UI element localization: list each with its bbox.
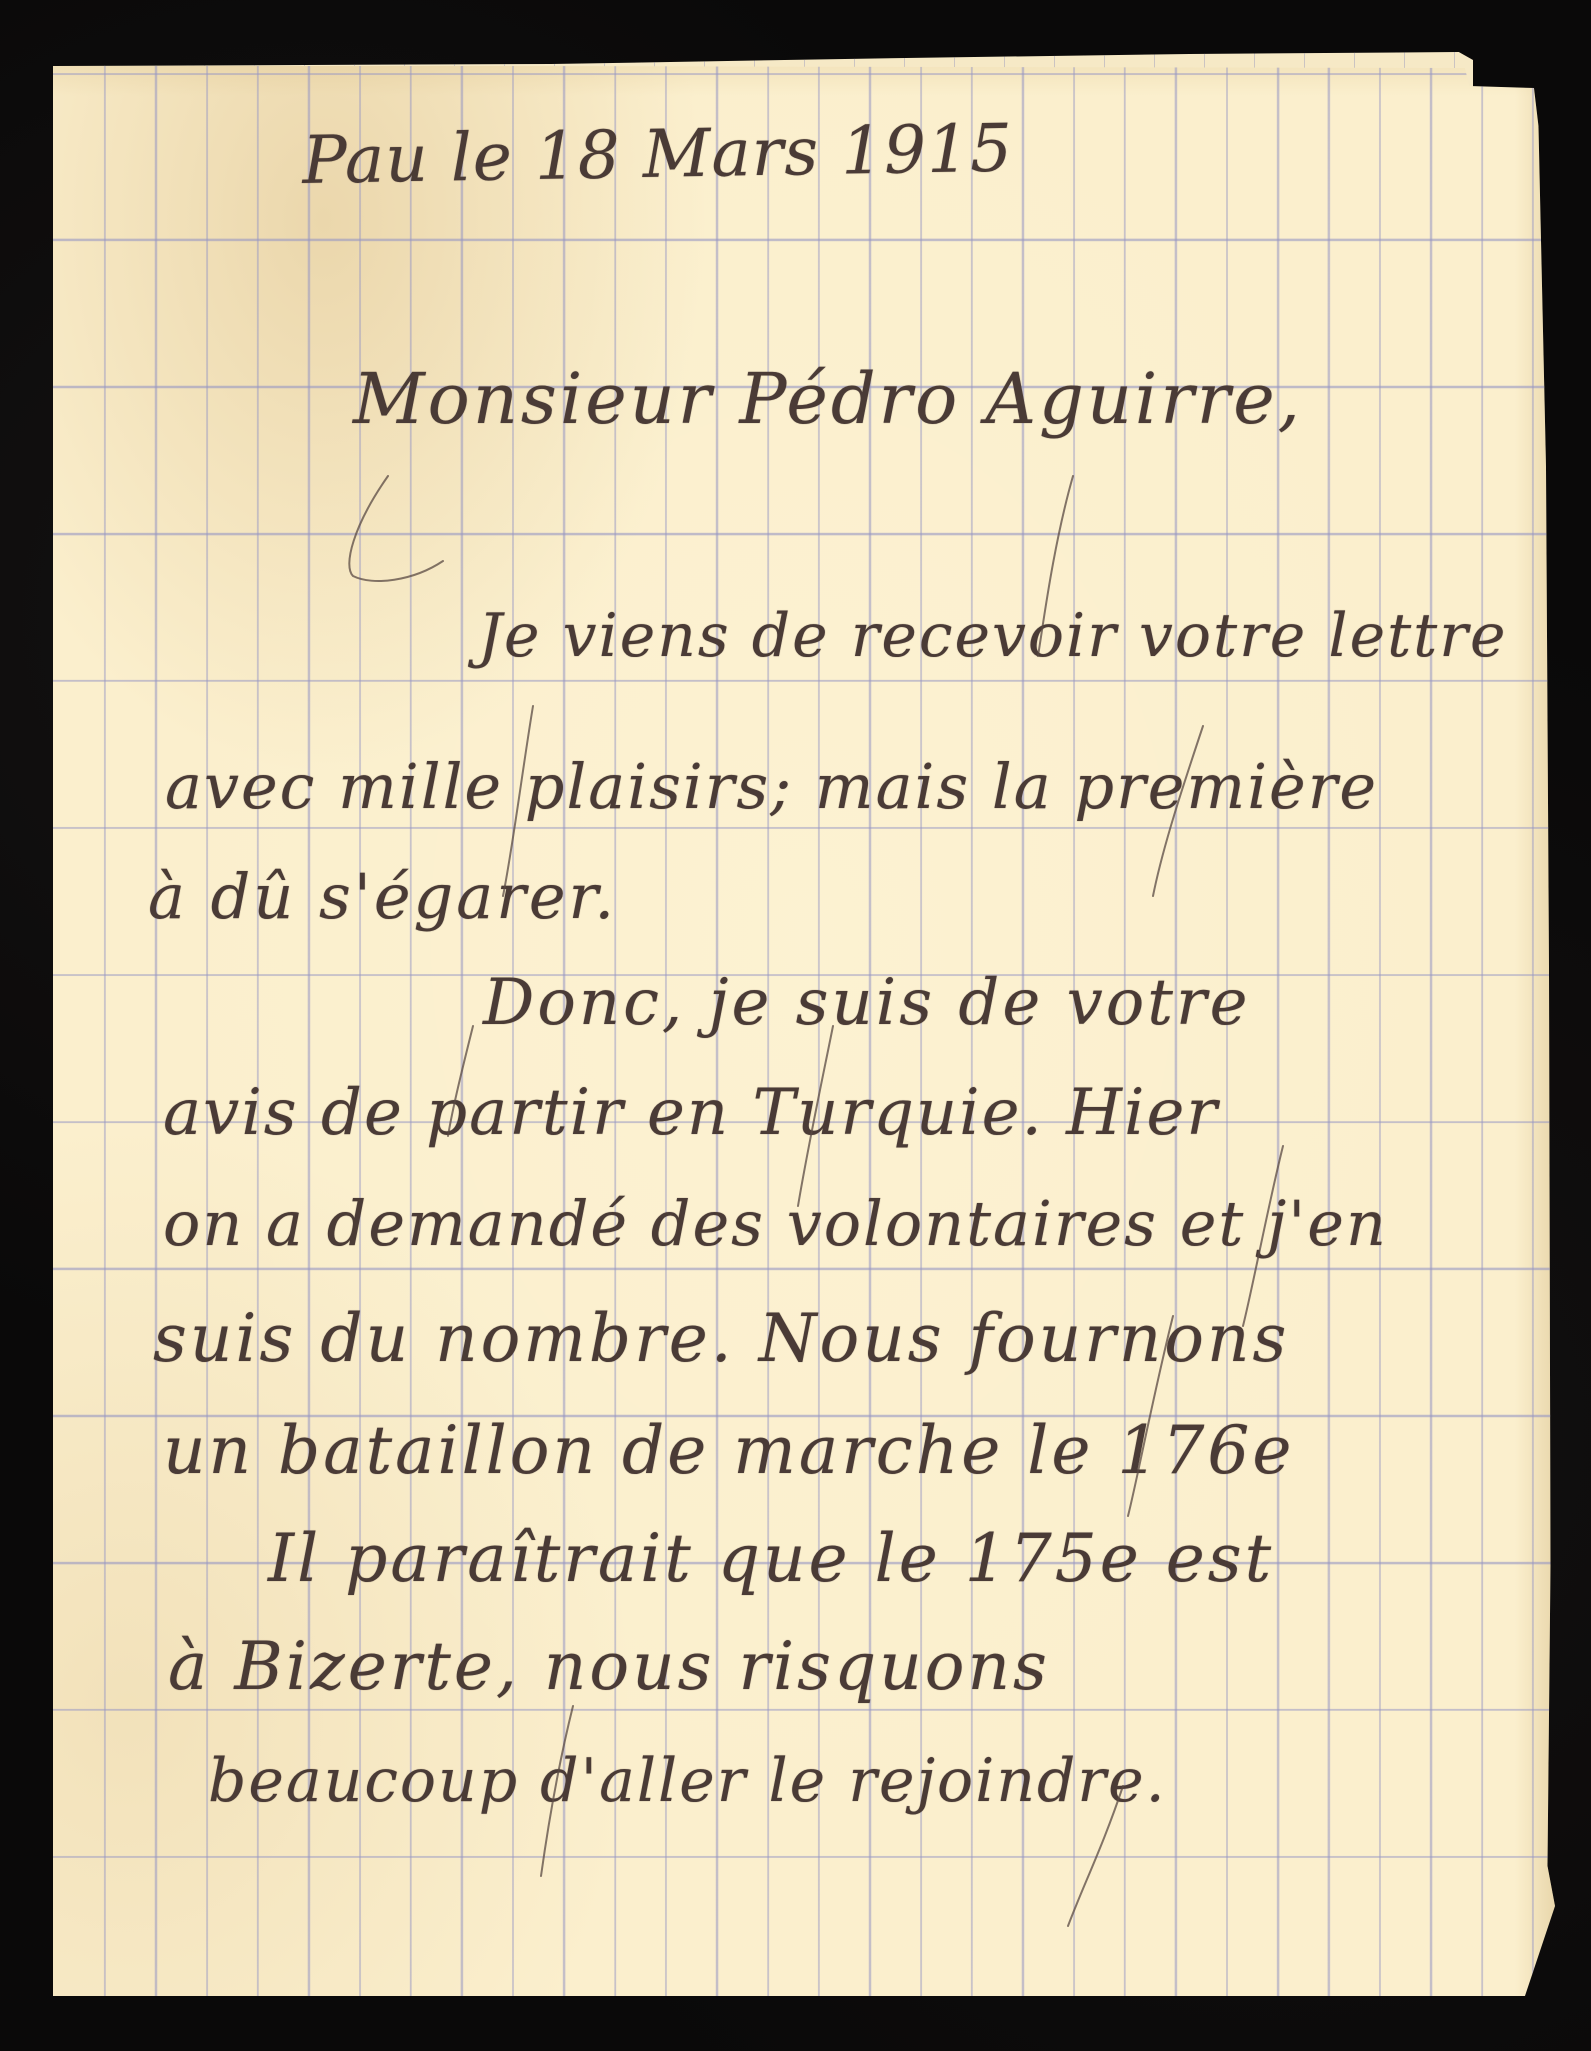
- letter-line-11: beaucoup d'aller le rejoindre.: [208, 1751, 1167, 1811]
- letter-line-10: à Bizerte, nous risquons: [168, 1634, 1050, 1700]
- letter-line-8: un bataillon de marche le 176e: [163, 1418, 1294, 1484]
- letter-line-9: Il paraîtrait que le 175e est: [268, 1526, 1274, 1592]
- letter-line-7: suis du nombre. Nous fournons: [153, 1306, 1289, 1372]
- letter-line-5: avis de partir en Turquie. Hier: [163, 1081, 1219, 1145]
- letter-line-1: Je viens de recevoir votre lettre: [478, 606, 1508, 666]
- letter-line-3: à dû s'égarer.: [148, 866, 617, 928]
- salutation: Monsieur Pédro Aguirre,: [353, 364, 1303, 434]
- letter-line-2: avec mille plaisirs; mais la première: [165, 756, 1378, 818]
- letter-line-4: Donc, je suis de votre: [483, 971, 1250, 1035]
- letter-line-6: on a demandé des volontaires et j'en: [163, 1193, 1388, 1255]
- dateline: Pau le 18 Mars 1915: [302, 116, 1014, 194]
- letter-page: Pau le 18 Mars 1915 Monsieur Pédro Aguir…: [53, 66, 1555, 1996]
